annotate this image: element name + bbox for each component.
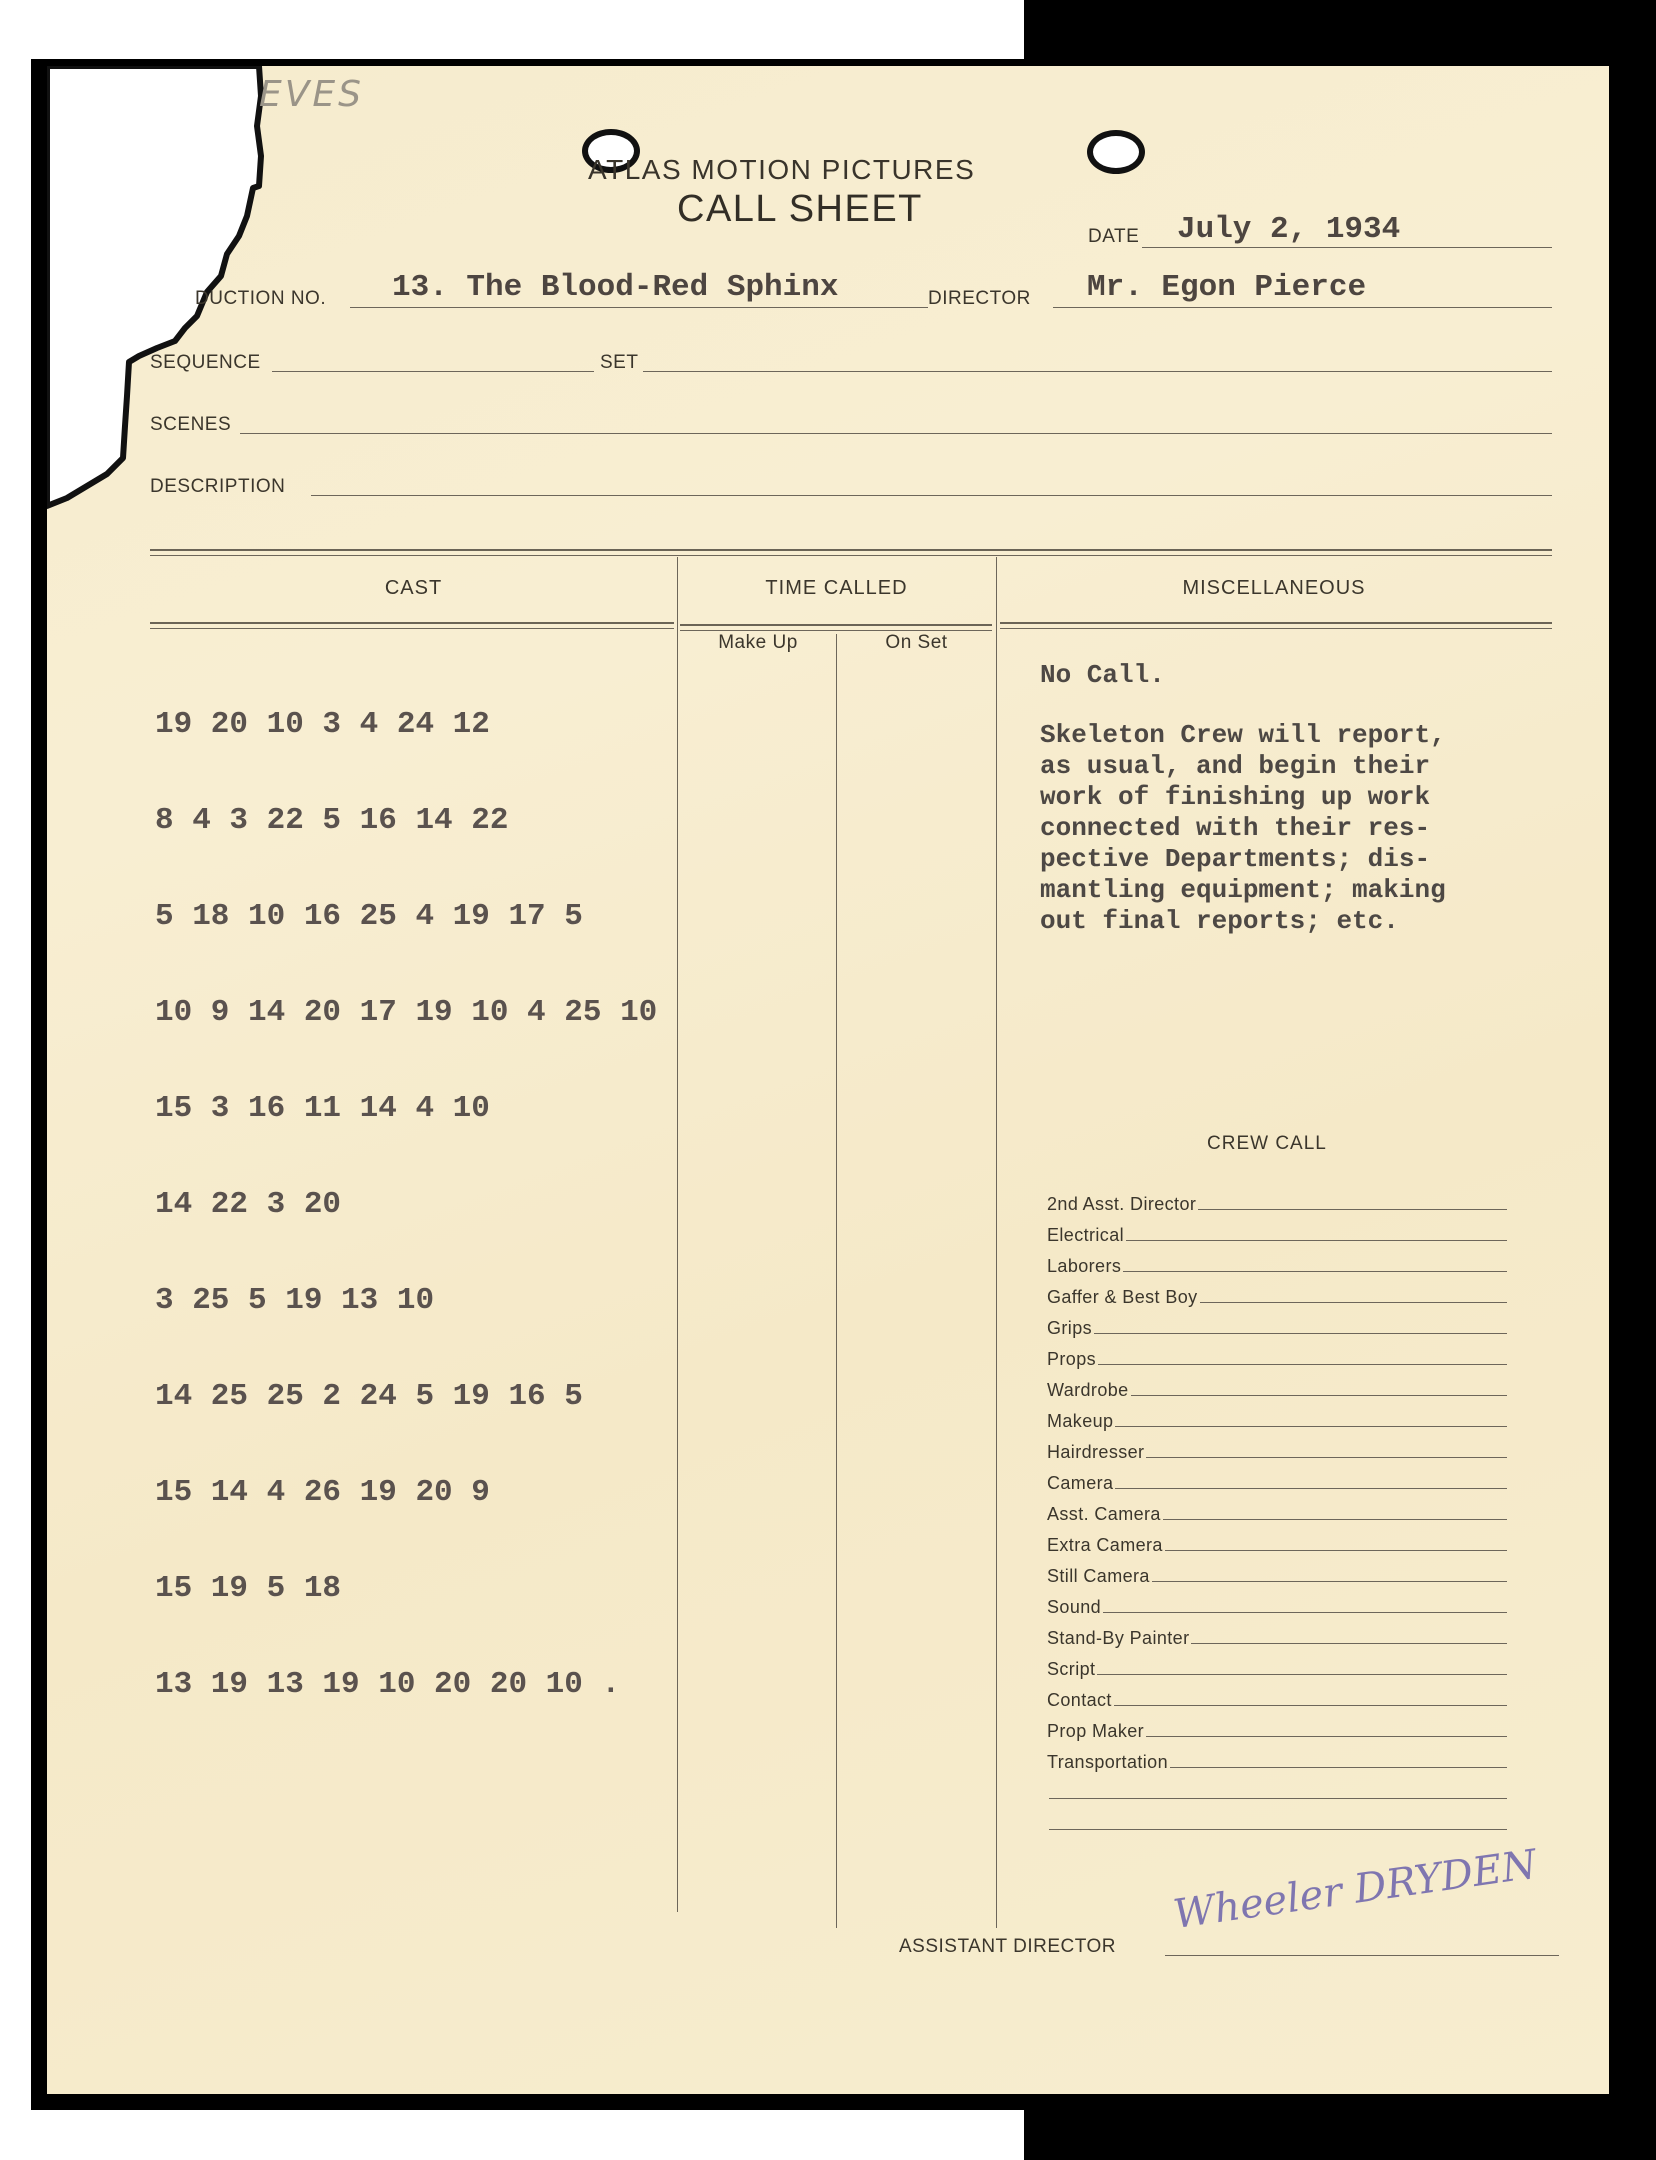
crew-item-line xyxy=(1191,1643,1507,1644)
description-label: DESCRIPTION xyxy=(150,476,285,498)
page-title: CALL SHEET xyxy=(677,188,923,231)
crew-item-hairdresser[interactable]: Hairdresser xyxy=(1047,1432,1507,1463)
crew-item-label: Makeup xyxy=(1047,1411,1113,1432)
set-line[interactable] xyxy=(643,371,1552,372)
director-value[interactable]: Mr. Egon Pierce xyxy=(1087,270,1366,305)
cast-header: CAST xyxy=(150,577,677,600)
assistant-director-label: ASSISTANT DIRECTOR xyxy=(899,1936,1116,1958)
cast-row: 10 9 14 20 17 19 10 4 25 10 xyxy=(155,995,657,1030)
crew-item-contact[interactable]: Contact xyxy=(1047,1680,1507,1711)
misc-paragraph: Skeleton Crew will report, as usual, and… xyxy=(1040,720,1446,937)
cast-row: 19 20 10 3 4 24 12 xyxy=(155,707,490,742)
crew-item-line xyxy=(1094,1333,1507,1334)
crew-item-line xyxy=(1049,1829,1507,1830)
scenes-line[interactable] xyxy=(240,433,1552,434)
cast-row: 15 19 5 18 xyxy=(155,1571,341,1606)
crew-item-line xyxy=(1152,1581,1507,1582)
misc-header-rule-2 xyxy=(1000,628,1552,629)
torn-corner-icon xyxy=(47,66,347,586)
sequence-label: SEQUENCE xyxy=(150,352,261,374)
makeup-onset-divider xyxy=(836,634,837,1928)
date-value[interactable]: July 2, 1934 xyxy=(1177,212,1400,247)
crew-item-label: Stand-By Painter xyxy=(1047,1628,1189,1649)
crew-item-label: Transportation xyxy=(1047,1752,1168,1773)
crew-item-makeup[interactable]: Makeup xyxy=(1047,1401,1507,1432)
crew-item-line xyxy=(1049,1798,1507,1799)
misc-line: out final reports; etc. xyxy=(1040,906,1446,937)
crew-item-electrical[interactable]: Electrical xyxy=(1047,1215,1507,1246)
crew-item-line xyxy=(1115,1426,1507,1427)
director-line xyxy=(1053,307,1552,308)
crew-item-line xyxy=(1131,1395,1507,1396)
crew-item-line xyxy=(1103,1612,1507,1613)
misc-no-call: No Call. xyxy=(1040,660,1165,691)
misc-line: Skeleton Crew will report, xyxy=(1040,720,1446,751)
crew-item-line xyxy=(1165,1550,1507,1551)
production-line xyxy=(350,307,928,308)
punch-hole-right-icon xyxy=(1087,130,1145,174)
on-set-header: On Set xyxy=(837,632,996,654)
crew-item-label: Laborers xyxy=(1047,1256,1121,1277)
misc-line: pective Departments; dis- xyxy=(1040,844,1446,875)
assistant-director-line[interactable] xyxy=(1165,1955,1559,1956)
misc-line: mantling equipment; making xyxy=(1040,875,1446,906)
production-label: DUCTION NO. xyxy=(195,288,326,310)
cast-row: 13 19 13 19 10 20 20 10 . xyxy=(155,1667,620,1702)
crew-item-line xyxy=(1123,1271,1507,1272)
crew-item-camera[interactable]: Camera xyxy=(1047,1463,1507,1494)
description-line[interactable] xyxy=(311,495,1552,496)
crew-item-sound[interactable]: Sound xyxy=(1047,1587,1507,1618)
misc-line: work of finishing up work xyxy=(1040,782,1446,813)
crew-item-line xyxy=(1200,1302,1507,1303)
crew-item-2nd-asst-director[interactable]: 2nd Asst. Director xyxy=(1047,1184,1507,1215)
crew-item-extra-camera[interactable]: Extra Camera xyxy=(1047,1525,1507,1556)
crew-item-blank-2[interactable] xyxy=(1047,1804,1507,1835)
crew-item-label: Asst. Camera xyxy=(1047,1504,1161,1525)
call-sheet-paper: EVES ATLAS MOTION PICTURES CALL SHEET DA… xyxy=(47,66,1609,2094)
time-header-rule xyxy=(680,624,992,626)
crew-item-line xyxy=(1115,1488,1507,1489)
date-label: DATE xyxy=(1088,226,1139,248)
crew-item-line xyxy=(1170,1767,1507,1768)
cast-row: 15 3 16 11 14 4 10 xyxy=(155,1091,490,1126)
crew-item-line xyxy=(1146,1457,1507,1458)
crew-item-transportation[interactable]: Transportation xyxy=(1047,1742,1507,1773)
crew-item-line xyxy=(1163,1519,1507,1520)
crew-item-label: Sound xyxy=(1047,1597,1101,1618)
date-line xyxy=(1142,247,1552,248)
assistant-director-signature: Wheeler DRYDEN xyxy=(1171,1841,1540,1938)
company-name: ATLAS MOTION PICTURES xyxy=(588,154,975,186)
production-value[interactable]: 13. The Blood-Red Sphinx xyxy=(392,270,838,305)
misc-header-rule xyxy=(1000,622,1552,624)
crew-item-label: Camera xyxy=(1047,1473,1113,1494)
sequence-line[interactable] xyxy=(272,371,594,372)
crew-item-label: Grips xyxy=(1047,1318,1092,1339)
cast-time-divider xyxy=(677,557,678,1912)
crew-item-line xyxy=(1198,1209,1507,1210)
crew-item-line xyxy=(1098,1364,1507,1365)
table-top-rule-2 xyxy=(150,555,1552,556)
cast-header-rule xyxy=(150,622,674,624)
crew-item-line xyxy=(1097,1674,1507,1675)
cast-header-rule-2 xyxy=(150,628,674,629)
cast-row: 3 25 5 19 13 10 xyxy=(155,1283,434,1318)
crew-item-label: Electrical xyxy=(1047,1225,1124,1246)
table-top-rule xyxy=(150,549,1552,551)
director-label: DIRECTOR xyxy=(928,288,1031,310)
time-called-header: TIME CALLED xyxy=(677,577,996,600)
crew-item-label: Prop Maker xyxy=(1047,1721,1144,1742)
cast-row: 14 22 3 20 xyxy=(155,1187,341,1222)
crew-item-props[interactable]: Props xyxy=(1047,1339,1507,1370)
crew-item-label: 2nd Asst. Director xyxy=(1047,1194,1196,1215)
crew-item-laborers[interactable]: Laborers xyxy=(1047,1246,1507,1277)
crew-call-list: 2nd Asst. Director Electrical Laborers G… xyxy=(1047,1184,1507,1844)
make-up-header: Make Up xyxy=(680,632,836,654)
cast-row: 15 14 4 26 19 20 9 xyxy=(155,1475,490,1510)
misc-line: connected with their res- xyxy=(1040,813,1446,844)
set-label: SET xyxy=(600,352,638,374)
cast-row: 5 18 10 16 25 4 19 17 5 xyxy=(155,899,583,934)
crew-item-label: Props xyxy=(1047,1349,1096,1370)
time-header-rule-2 xyxy=(680,630,992,631)
crew-item-label: Extra Camera xyxy=(1047,1535,1163,1556)
crew-item-asst-camera[interactable]: Asst. Camera xyxy=(1047,1494,1507,1525)
crew-item-label: Gaffer & Best Boy xyxy=(1047,1287,1198,1308)
crew-item-still-camera[interactable]: Still Camera xyxy=(1047,1556,1507,1587)
crew-item-grips[interactable]: Grips xyxy=(1047,1308,1507,1339)
time-misc-divider xyxy=(996,557,997,1928)
crew-item-blank-1[interactable] xyxy=(1047,1773,1507,1804)
crew-item-gaffer-best-boy[interactable]: Gaffer & Best Boy xyxy=(1047,1277,1507,1308)
crew-item-prop-maker[interactable]: Prop Maker xyxy=(1047,1711,1507,1742)
crew-item-script[interactable]: Script xyxy=(1047,1649,1507,1680)
crew-item-line xyxy=(1126,1240,1507,1241)
crew-item-label: Script xyxy=(1047,1659,1095,1680)
crew-item-label: Still Camera xyxy=(1047,1566,1150,1587)
crew-call-title: CREW CALL xyxy=(1207,1133,1327,1155)
crew-item-line xyxy=(1146,1736,1507,1737)
cast-row: 14 25 25 2 24 5 19 16 5 xyxy=(155,1379,583,1414)
crew-item-label: Wardrobe xyxy=(1047,1380,1129,1401)
crew-item-wardrobe[interactable]: Wardrobe xyxy=(1047,1370,1507,1401)
crew-item-label: Contact xyxy=(1047,1690,1112,1711)
crew-item-label: Hairdresser xyxy=(1047,1442,1144,1463)
miscellaneous-header: MISCELLANEOUS xyxy=(996,577,1552,600)
crew-item-line xyxy=(1114,1705,1507,1706)
crew-item-stand-by-painter[interactable]: Stand-By Painter xyxy=(1047,1618,1507,1649)
frame-top-right-block xyxy=(1024,0,1656,66)
pencil-note: EVES xyxy=(259,74,364,115)
cast-row: 8 4 3 22 5 16 14 22 xyxy=(155,803,508,838)
scenes-label: SCENES xyxy=(150,414,231,436)
misc-line: as usual, and begin their xyxy=(1040,751,1446,782)
